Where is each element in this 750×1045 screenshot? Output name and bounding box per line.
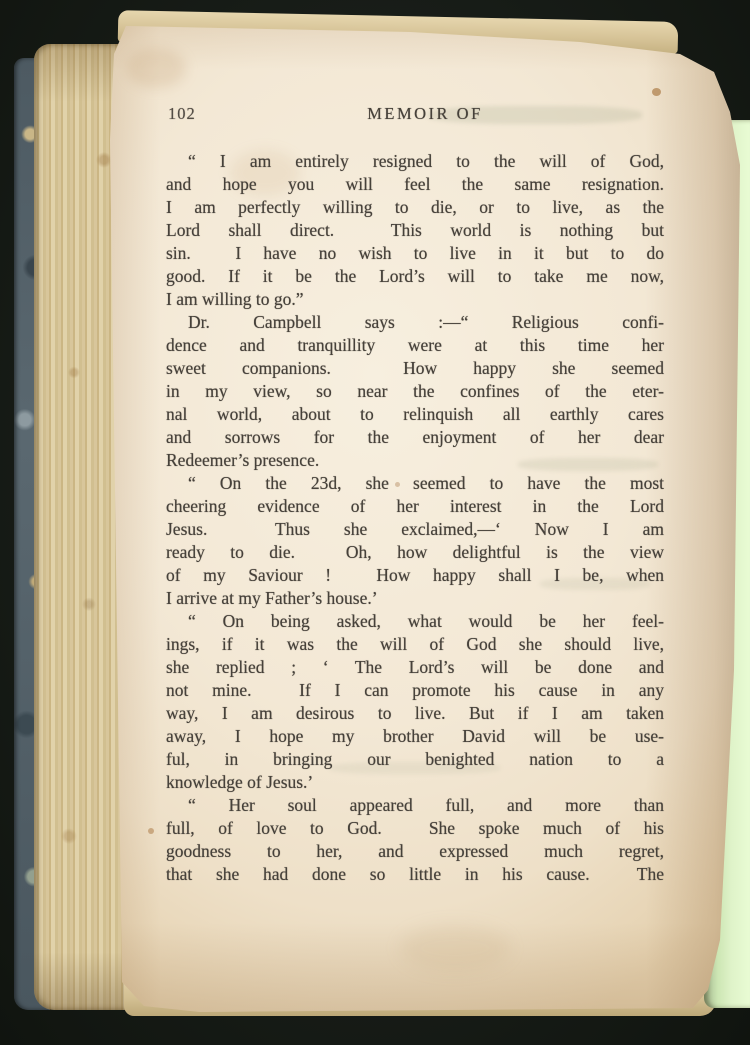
text-line: way, I am desirous to live. But if I am … <box>166 702 664 725</box>
text-line: sin. I have no wish to live in it but to… <box>166 242 664 265</box>
text-line: I arrive at my Father’s house.’ <box>166 587 664 610</box>
text-line: away, I hope my brother David will be us… <box>166 725 664 748</box>
printed-text-block: 102 MEMOIR OF “ I am entirely resigned t… <box>166 102 664 886</box>
text-line: cheering evidence of her interest in the… <box>166 495 664 518</box>
text-line: “ On being asked, what would be her feel… <box>166 610 664 633</box>
running-header: MEMOIR OF <box>176 102 674 125</box>
text-line: nal world, about to relinquish all earth… <box>166 403 664 426</box>
paragraph: “ Her soul appeared full, and more thanf… <box>166 794 664 886</box>
text-line: full, of love to God. She spoke much of … <box>166 817 664 840</box>
stain <box>126 48 186 88</box>
text-line: “ I am entirely resigned to the will of … <box>166 150 664 173</box>
text-line: ings, if it was the will of God she shou… <box>166 633 664 656</box>
page-header: 102 MEMOIR OF <box>166 102 664 125</box>
text-line: in my view, so near the confines of the … <box>166 380 664 403</box>
text-line: “ Her soul appeared full, and more than <box>166 794 664 817</box>
text-line: ful, in bringing our benighted nation to… <box>166 748 664 771</box>
paragraph: Dr. Campbell says :—“ Religious confi-de… <box>166 311 664 472</box>
text-line: ready to die. Oh, how delightful is the … <box>166 541 664 564</box>
text-line: she replied ; ‘ The Lord’s will be done … <box>166 656 664 679</box>
text-line: Lord shall direct. This world is nothing… <box>166 219 664 242</box>
text-line: Dr. Campbell says :—“ Religious confi- <box>166 311 664 334</box>
paragraph: “ On being asked, what would be her feel… <box>166 610 664 794</box>
stain <box>400 925 510 971</box>
paragraph: “ I am entirely resigned to the will of … <box>166 150 664 311</box>
text-line: “ On the 23d, she seemed to have the mos… <box>166 472 664 495</box>
text-line: of my Saviour ! How happy shall I be, wh… <box>166 564 664 587</box>
text-line: Jesus. Thus she exclaimed,—‘ Now I am <box>166 518 664 541</box>
stain <box>148 828 154 834</box>
text-line: I am willing to go.” <box>166 288 664 311</box>
book-page: 102 MEMOIR OF “ I am entirely resigned t… <box>110 20 740 1012</box>
text-line: and sorrows for the enjoyment of her dea… <box>166 426 664 449</box>
text-line: and hope you will feel the same resignat… <box>166 173 664 196</box>
page-paragraphs: “ I am entirely resigned to the will of … <box>166 150 664 886</box>
text-line: I am perfectly willing to die, or to liv… <box>166 196 664 219</box>
text-line: goodness to her, and expressed much regr… <box>166 840 664 863</box>
stain <box>652 88 661 96</box>
text-line: Redeemer’s presence. <box>166 449 664 472</box>
text-line: dence and tranquillity were at this time… <box>166 334 664 357</box>
text-line: that she had done so little in his cause… <box>166 863 664 886</box>
text-line: sweet companions. How happy she seemed <box>166 357 664 380</box>
photo-of-open-book: 102 MEMOIR OF “ I am entirely resigned t… <box>0 0 750 1045</box>
text-line: knowledge of Jesus.’ <box>166 771 664 794</box>
text-line: good. If it be the Lord’s will to take m… <box>166 265 664 288</box>
text-line: not mine. If I can promote his cause in … <box>166 679 664 702</box>
paragraph: “ On the 23d, she seemed to have the mos… <box>166 472 664 610</box>
